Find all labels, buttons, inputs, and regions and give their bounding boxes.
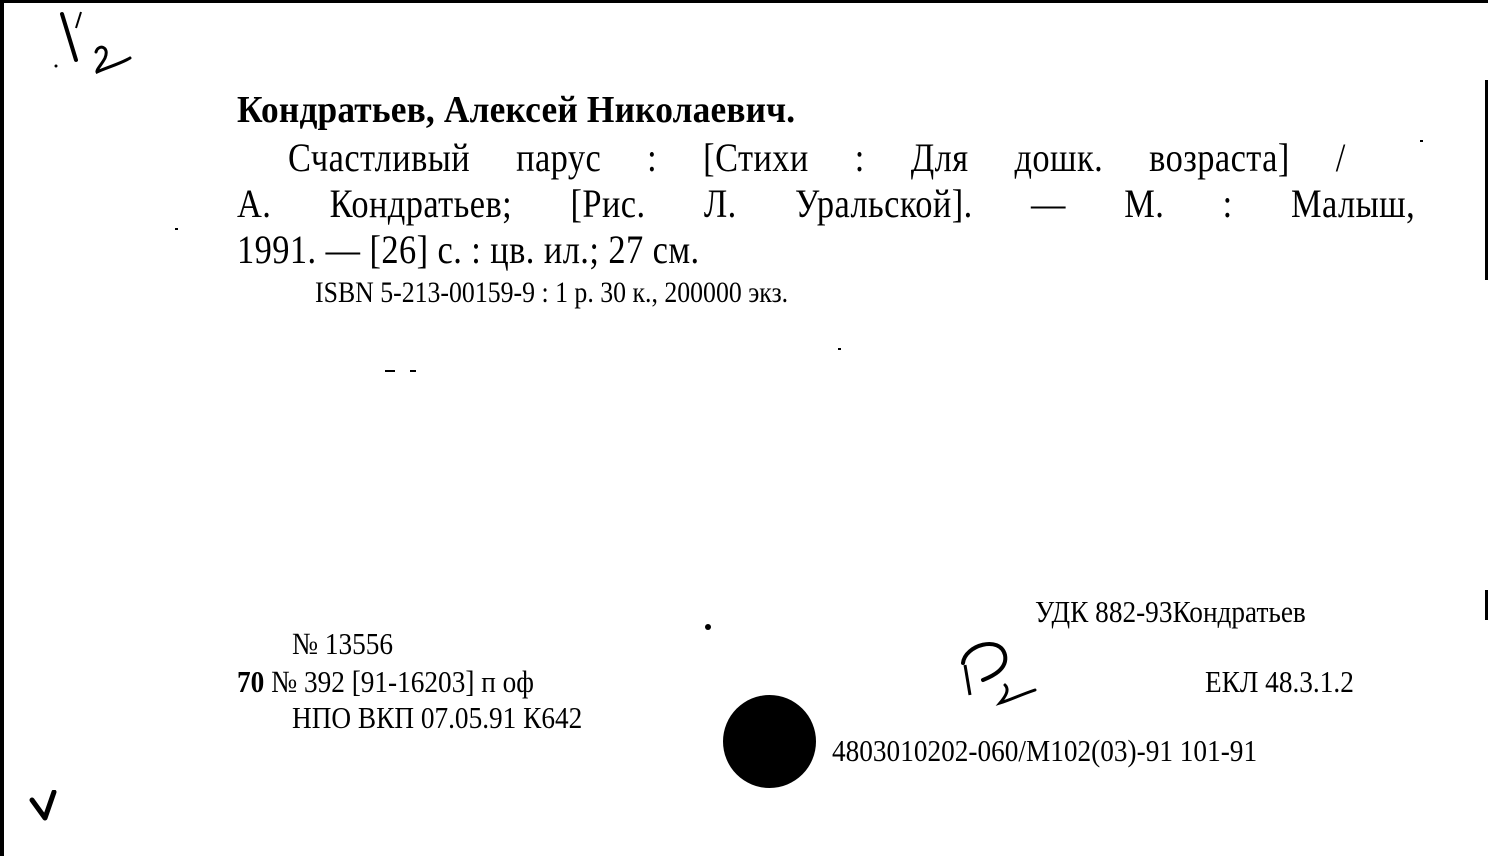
handwritten-p2-mark-icon [950,635,1050,715]
title-word: — [1031,180,1066,227]
title-line-2: А.Кондратьев;[Рис.Л.Уральской].—М.:Малыш… [237,180,1415,227]
scan-speck [410,370,416,372]
title-word: парус [516,134,601,181]
title-word: Кондратьев; [330,180,512,227]
isbn-line: ISBN 5-213-00159-9 : 1 р. 30 к., 200000 … [315,276,788,310]
order-line: 70 № 392 [91-16203] п оф [237,664,534,700]
handwritten-checkmark-icon [28,790,68,830]
scan-speck [705,624,711,630]
udk-code: УДК 882-93Кондратьев [1035,594,1306,630]
title-word: А. [237,180,271,227]
title-word: [Стихи [703,134,809,181]
punch-hole [723,695,816,788]
title-word: Уральской]. [795,180,973,227]
author-heading: Кондратьев, Алексей Николаевич. [237,88,795,132]
publisher-line: НПО ВКП 07.05.91 К642 [292,700,582,736]
title-line-1: Счастливыйпарус:[Стихи:Длядошк.возраста]… [288,134,1346,181]
title-word: : [647,134,657,181]
title-word: / [1336,134,1346,181]
title-word: возраста] [1149,134,1290,181]
record-number: № 13556 [292,626,393,662]
catalog-card: Кондратьев, Алексей Николаевич. Счастлив… [0,0,1488,856]
scan-speck [1420,140,1423,142]
title-word: [Рис. [570,180,645,227]
title-word: М. [1124,180,1164,227]
scan-speck [385,370,395,372]
title-word: дошк. [1014,134,1103,181]
card-edge-left [0,0,4,856]
order-line-rest: № 392 [91-16203] п оф [271,664,534,699]
scan-speck [175,228,178,230]
scan-speck [838,348,841,350]
card-edge-top [0,0,1488,3]
catalog-code: 4803010202-060/М102(03)-91 101-91 [832,733,1257,769]
title-word: : [855,134,865,181]
ekl-code: ЕКЛ 48.3.1.2 [1205,664,1354,700]
title-word: Для [911,134,969,181]
title-word: Счастливый [288,134,470,181]
order-line-prefix: 70 [237,664,264,699]
handwritten-fraction-mark-icon [50,8,140,78]
title-line-3: 1991. — [26] с. : цв. ил.; 27 см. [237,226,700,273]
title-word: Малыш, [1291,180,1415,227]
title-word: Л. [704,180,737,227]
title-word: : [1223,180,1233,227]
